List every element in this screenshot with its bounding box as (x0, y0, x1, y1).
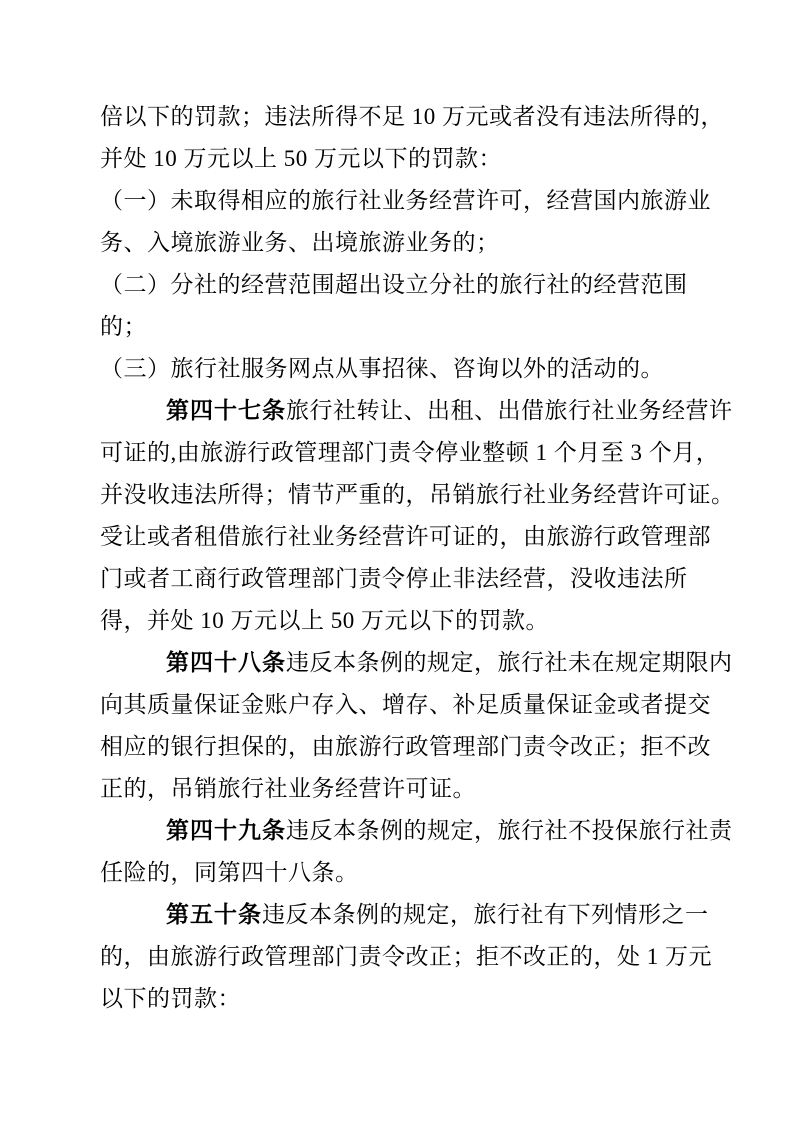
body-text: （二）分社的经营范围超出设立分社的旅行社的经营范围 (100, 272, 688, 297)
body-text: 得，并处 10 万元以上 50 万元以下的罚款。 (100, 608, 549, 633)
body-text: 受让或者租借旅行社业务经营许可证的，由旅游行政管理部 (100, 524, 711, 549)
body-text: （一）未取得相应的旅行社业务经营许可，经营国内旅游业 (100, 188, 711, 213)
text-line: 以下的罚款： (100, 978, 700, 1020)
text-line: 可证的,由旅游行政管理部门责令停业整顿 1 个月至 3 个月， (100, 432, 700, 474)
body-text: 违反本条例的规定，旅行社未在规定期限内 (286, 650, 733, 675)
body-text: 的； (100, 314, 147, 339)
body-text: 并没收违法所得；情节严重的，吊销旅行社业务经营许可证。 (100, 482, 735, 507)
body-text: 可证的,由旅游行政管理部门责令停业整顿 1 个月至 3 个月， (100, 440, 719, 465)
body-text: 相应的银行担保的，由旅游行政管理部门责令改正；拒不改 (100, 734, 711, 759)
text-line: 相应的银行担保的，由旅游行政管理部门责令改正；拒不改 (100, 726, 700, 768)
text-line: （二）分社的经营范围超出设立分社的旅行社的经营范围 (100, 264, 700, 306)
document-body: 倍以下的罚款；违法所得不足 10 万元或者没有违法所得的，并处 10 万元以上 … (100, 96, 700, 1020)
body-text: 以下的罚款： (100, 986, 241, 1011)
text-line: 任险的，同第四十八条。 (100, 852, 700, 894)
text-line: 并没收违法所得；情节严重的，吊销旅行社业务经营许可证。 (100, 474, 700, 516)
article-number-heading: 第四十七条 (166, 398, 286, 423)
text-line: 门或者工商行政管理部门责令停止非法经营，没收违法所 (100, 558, 700, 600)
body-text: 倍以下的罚款；违法所得不足 10 万元或者没有违法所得的， (100, 104, 724, 129)
text-line: 务、入境旅游业务、出境旅游业务的； (100, 222, 700, 264)
text-line: （一）未取得相应的旅行社业务经营许可，经营国内旅游业 (100, 180, 700, 222)
body-text: 正的，吊销旅行社业务经营许可证。 (100, 776, 476, 801)
body-text: 旅行社转让、出租、出借旅行社业务经营许 (286, 398, 733, 423)
body-text: 的，由旅游行政管理部门责令改正；拒不改正的，处 1 万元 (100, 944, 712, 969)
text-line: 受让或者租借旅行社业务经营许可证的，由旅游行政管理部 (100, 516, 700, 558)
text-line: 的； (100, 306, 700, 348)
text-line: （三）旅行社服务网点从事招徕、咨询以外的活动的。 (100, 348, 700, 390)
body-text: 务、入境旅游业务、出境旅游业务的； (100, 230, 500, 255)
text-line: 向其质量保证金账户存入、增存、补足质量保证金或者提交 (100, 684, 700, 726)
text-line: 并处 10 万元以上 50 万元以下的罚款： (100, 138, 700, 180)
text-line: 第五十条违反本条例的规定，旅行社有下列情形之一 (100, 894, 700, 936)
text-line: 正的，吊销旅行社业务经营许可证。 (100, 768, 700, 810)
article-number-heading: 第五十条 (166, 902, 262, 927)
text-line: 得，并处 10 万元以上 50 万元以下的罚款。 (100, 600, 700, 642)
body-text: 违反本条例的规定，旅行社不投保旅行社责 (286, 818, 733, 843)
text-line: 倍以下的罚款；违法所得不足 10 万元或者没有违法所得的， (100, 96, 700, 138)
article-number-heading: 第四十九条 (166, 818, 286, 843)
body-text: （三）旅行社服务网点从事招徕、咨询以外的活动的。 (100, 356, 664, 381)
body-text: 门或者工商行政管理部门责令停止非法经营，没收违法所 (100, 566, 688, 591)
body-text: 违反本条例的规定，旅行社有下列情形之一 (262, 902, 709, 927)
body-text: 并处 10 万元以上 50 万元以下的罚款： (100, 146, 502, 171)
text-line: 第四十九条违反本条例的规定，旅行社不投保旅行社责 (100, 810, 700, 852)
body-text: 任险的，同第四十八条。 (100, 860, 359, 885)
article-number-heading: 第四十八条 (166, 650, 286, 675)
document-page: 倍以下的罚款；违法所得不足 10 万元或者没有违法所得的，并处 10 万元以上 … (0, 0, 793, 1122)
text-line: 的，由旅游行政管理部门责令改正；拒不改正的，处 1 万元 (100, 936, 700, 978)
text-line: 第四十八条违反本条例的规定，旅行社未在规定期限内 (100, 642, 700, 684)
body-text: 向其质量保证金账户存入、增存、补足质量保证金或者提交 (100, 692, 711, 717)
text-line: 第四十七条旅行社转让、出租、出借旅行社业务经营许 (100, 390, 700, 432)
